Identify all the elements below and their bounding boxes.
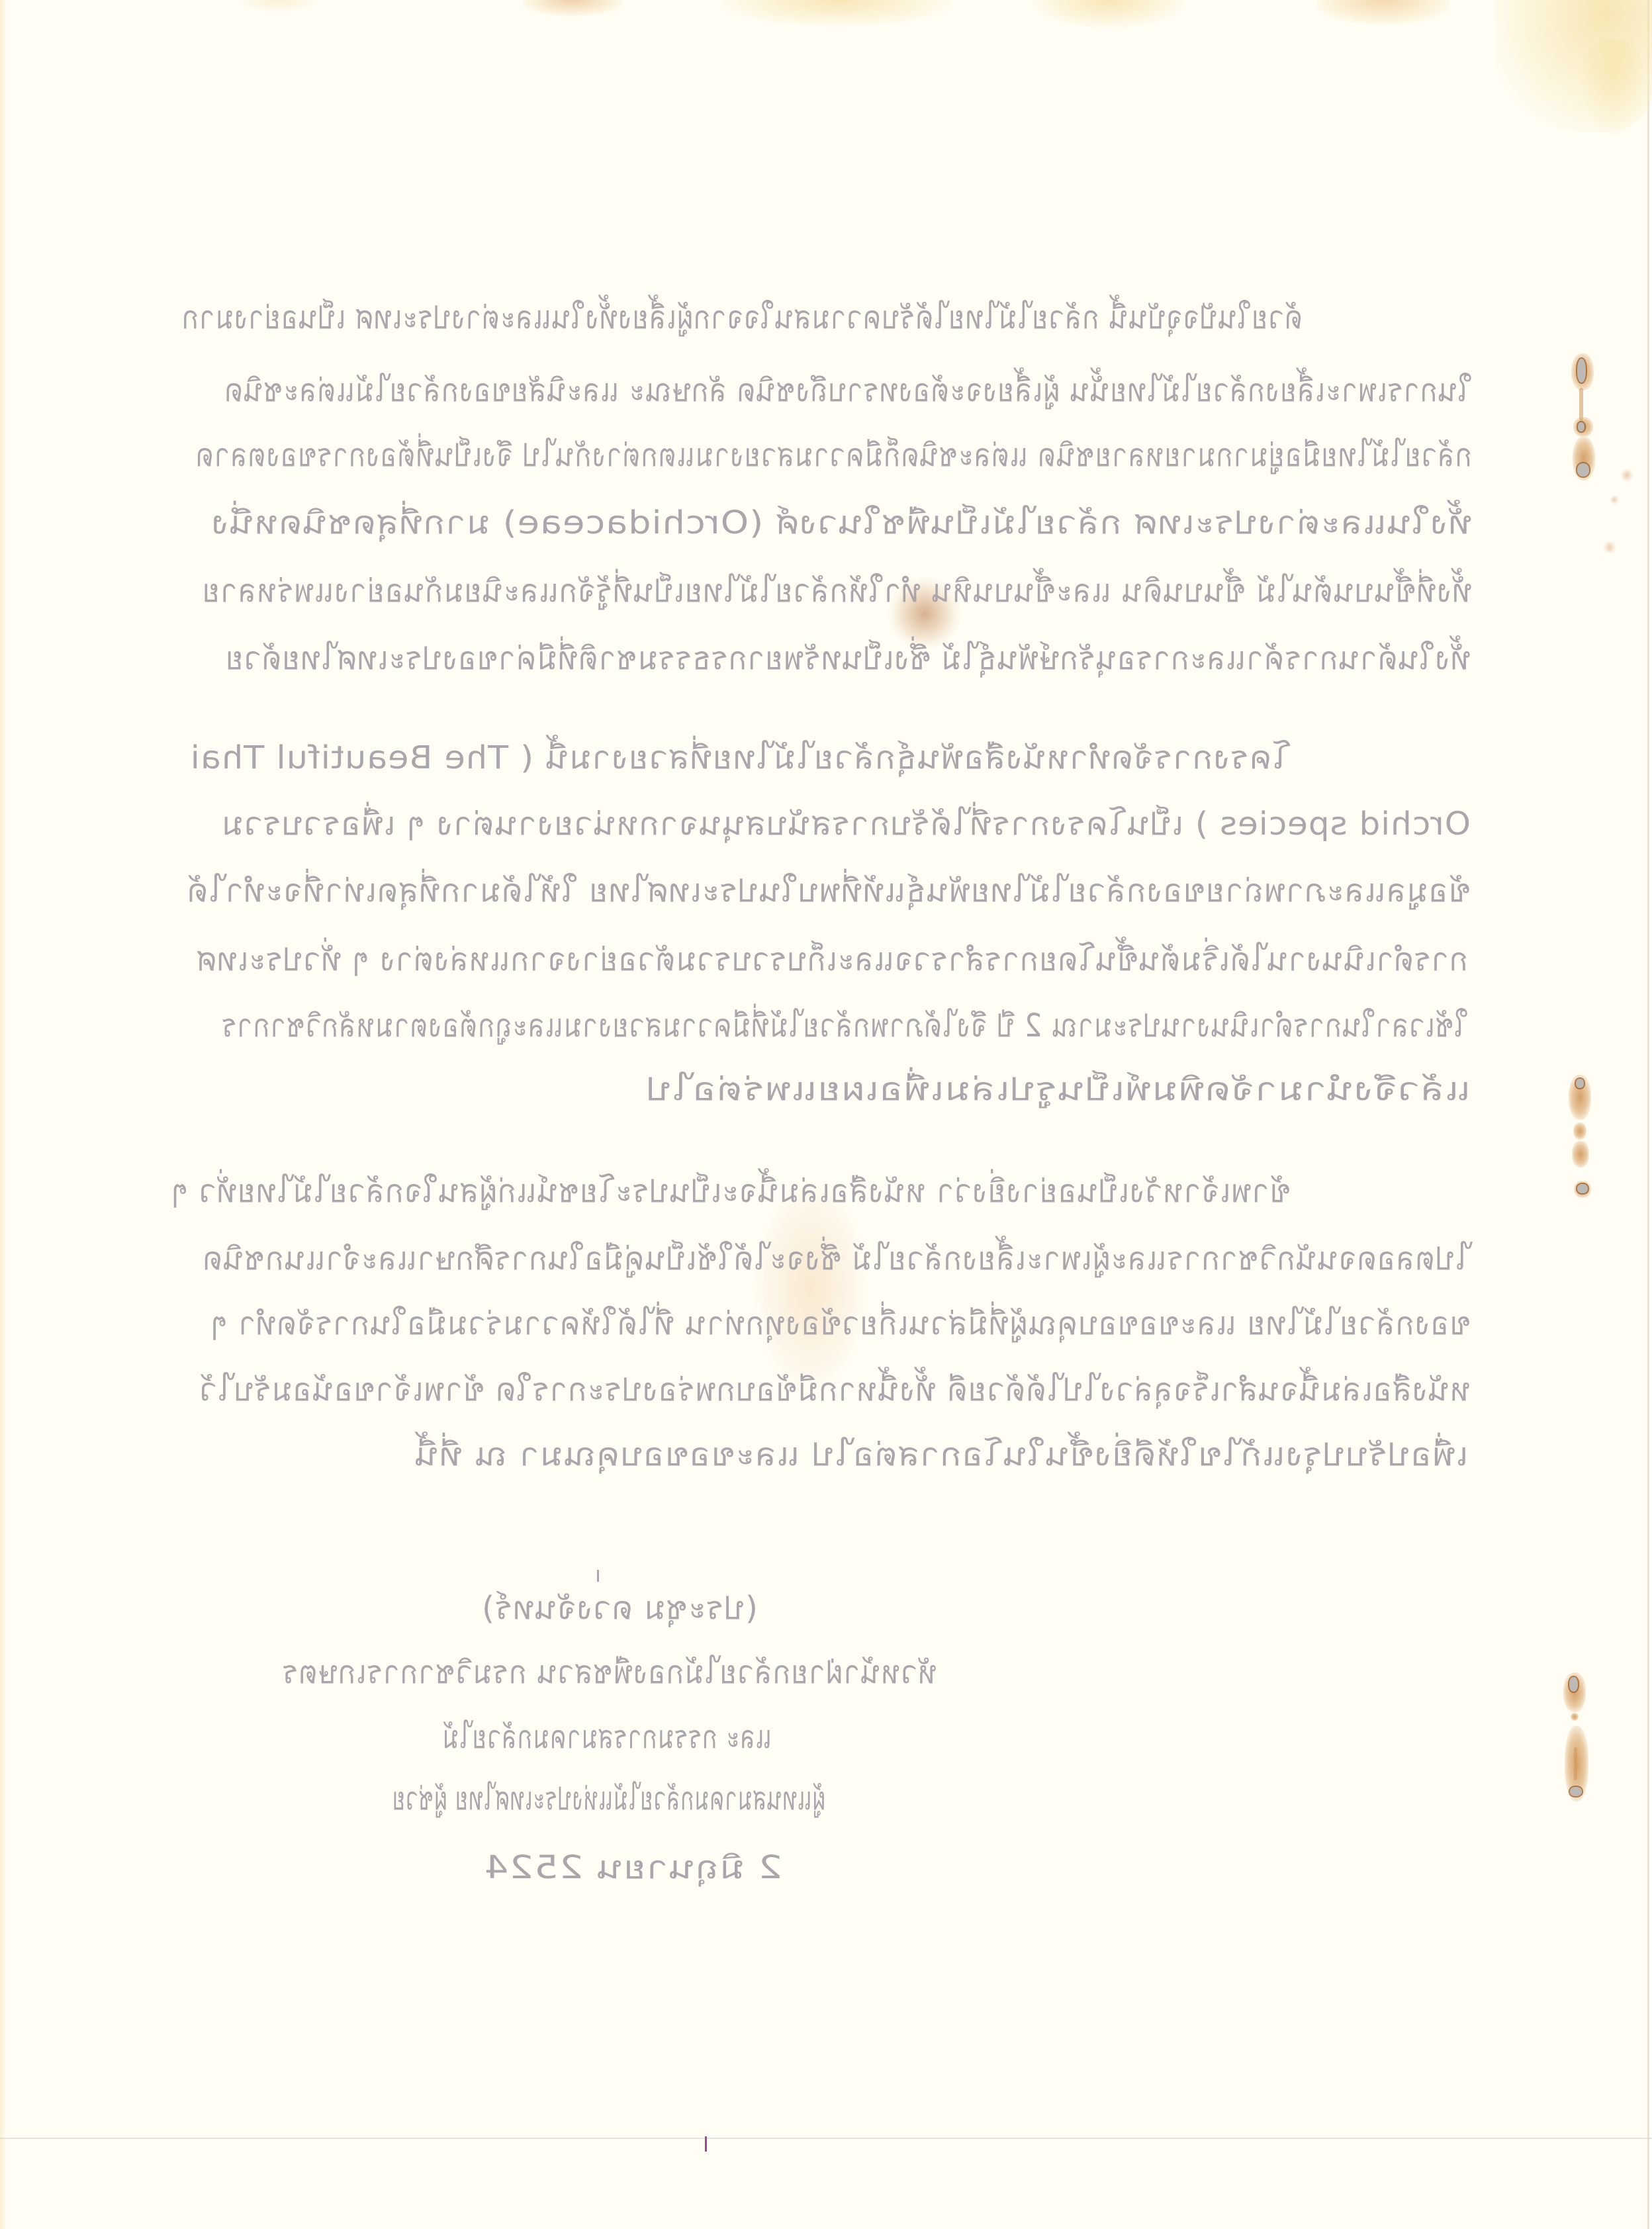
tone-mark: [597, 1570, 599, 1582]
text-line-content: (ประชุม ดวงจันทร์): [481, 1587, 758, 1629]
text-line-content: ข้อมูลและภาพถ่ายของกล้วยไม้ไทยพันธุ์แท้ท…: [187, 870, 1471, 912]
text-line-content: ผู้แทนสมาคมกล้วยไม้แห่งประเทศไทย ผู้ช่วย: [392, 1778, 825, 1820]
water-stain: [721, 0, 953, 26]
text-line: ทั้งที่ขึ้นบนต้นไม้ ขึ้นบนดิน และขึ้นบนห…: [202, 570, 1472, 612]
text-line: การดำเนินงานได้เริ่มต้นขึ้นโดยการสำรวจแล…: [196, 938, 1468, 981]
text-line-content: ด้วยในปัจจุบันนี้ กล้วยไม้ไทยได้รับความส…: [181, 296, 1303, 339]
signature-date: 2 มิถุนายน 2524: [483, 1846, 782, 1889]
edge-tick-mark: [705, 2136, 707, 2152]
faint-stain: [755, 1181, 867, 1393]
rust-stain: [1572, 1141, 1589, 1167]
signatory-title: หัวหน้าฝ่ายกล้วยไม้กองพืชสวน กรมวิชาการเ…: [282, 1651, 937, 1694]
scan-margin: [1649, 0, 1652, 2229]
text-line: ใช้เวลาในการดำเนินงานประมาณ 2 ปี จึงได้ภ…: [221, 1005, 1468, 1047]
text-line: Orchid species ) เป็นโครงการที่ได้รับการ…: [221, 803, 1471, 845]
text-line: ในการเพาะเลี้ยงกล้วยไม้ไทยนั้น ผู้เลี้ยง…: [224, 369, 1472, 412]
text-line: ทั้งในและต่างประเทศ กล้วยไม้เป็นพืชในวงศ…: [210, 502, 1472, 544]
text-line-content: การดำเนินงานได้เริ่มต้นขึ้นโดยการสำรวจแล…: [196, 938, 1468, 981]
binding-hole: [1578, 422, 1584, 432]
text-line-content: โครงการจัดทำหนังสือพันธุ์กล้วยไม้ไทยที่ส…: [190, 737, 1291, 779]
text-line: เพื่อปรับปรุงแก้ไขให้ดียิ่งขึ้นในโอกาสต่…: [414, 1433, 1468, 1476]
text-line-content: และ กรรมการสมาคมกล้วยไม้: [442, 1716, 772, 1758]
text-line-content: 2 มิถุนายน 2524: [483, 1846, 782, 1889]
text-line: กล้วยไม้ไทยมีอยู่มากมายหลายชนิด แต่ละชนิ…: [195, 434, 1472, 477]
water-stain: [238, 0, 318, 12]
text-line-content: ใช้เวลาในการดำเนินงานประมาณ 2 ปี จึงได้ภ…: [221, 1005, 1468, 1047]
text-line: ทั้งในด้านการค้าและการอนุรักษ์พันธุ์ไม้ …: [225, 637, 1471, 680]
text-line: ไปตลอดจนนักวิชาการและผู้เพาะเลี้ยงกล้วยไ…: [202, 1238, 1471, 1280]
text-line-content: เพื่อปรับปรุงแก้ไขให้ดียิ่งขึ้นในโอกาสต่…: [414, 1433, 1468, 1476]
text-line: หนังสือเล่มนี้จนสำเร็จลุล่วงไปได้ด้วยดี …: [199, 1369, 1471, 1411]
water-stain: [523, 0, 622, 16]
text-line-content: ในการเพาะเลี้ยงกล้วยไม้ไทยนั้น ผู้เลี้ยง…: [224, 369, 1472, 412]
water-stain: [1317, 0, 1449, 24]
binding-hole: [1577, 463, 1589, 477]
text-line-content: หัวหน้าฝ่ายกล้วยไม้กองพืชสวน กรมวิชาการเ…: [282, 1651, 937, 1694]
text-line-content: แล้วจึงนำมาจัดพิมพ์เป็นรูปเล่มเพื่อเผยแพ…: [646, 1068, 1471, 1111]
text-line-content: กล้วยไม้ไทยมีอยู่มากมายหลายชนิด แต่ละชนิ…: [195, 434, 1472, 477]
binding-hole: [1576, 1079, 1584, 1088]
rust-stain: [1574, 1747, 1577, 1780]
text-line: แล้วจึงนำมาจัดพิมพ์เป็นรูปเล่มเพื่อเผยแพ…: [646, 1068, 1471, 1111]
text-line: ข้าพเจ้าหวังเป็นอย่างยิ่งว่า หนังสือเล่ม…: [171, 1170, 1291, 1212]
binding-hole: [1577, 359, 1586, 383]
text-line-content: หนังสือเล่มนี้จนสำเร็จลุล่วงไปได้ด้วยดี …: [199, 1369, 1471, 1411]
text-line-content: ไปตลอดจนนักวิชาการและผู้เพาะเลี้ยงกล้วยไ…: [202, 1238, 1471, 1280]
text-line-content: ทั้งในด้านการค้าและการอนุรักษ์พันธุ์ไม้ …: [225, 637, 1471, 680]
paper-edge-left: [0, 0, 6, 2229]
signatory-title: และ กรรมการสมาคมกล้วยไม้: [442, 1716, 772, 1758]
text-line-content: ทั้งที่ขึ้นบนต้นไม้ ขึ้นบนดิน และขึ้นบนห…: [202, 570, 1472, 612]
stain-dot: [1620, 469, 1633, 482]
binding-hole: [1569, 1677, 1578, 1692]
text-line: ด้วยในปัจจุบันนี้ กล้วยไม้ไทยได้รับความส…: [181, 296, 1303, 339]
text-line-content: ข้าพเจ้าหวังเป็นอย่างยิ่งว่า หนังสือเล่ม…: [171, 1170, 1291, 1212]
text-line: ข้อมูลและภาพถ่ายของกล้วยไม้ไทยพันธุ์แท้ท…: [187, 870, 1471, 912]
scanned-page: ด้วยในปัจจุบันนี้ กล้วยไม้ไทยได้รับความส…: [0, 0, 1652, 2229]
text-line: ของกล้วยไม้ไทย และขอขอบคุณผู้ที่มีส่วนเก…: [210, 1302, 1471, 1345]
binding-hole: [1577, 1184, 1588, 1193]
scan-line: [0, 2138, 1652, 2139]
text-line-content: ทั้งในและต่างประเทศ กล้วยไม้เป็นพืชในวงศ…: [210, 502, 1472, 544]
rust-stain: [1579, 388, 1583, 421]
water-stain: [1582, 40, 1645, 132]
stain-dot: [1610, 495, 1619, 504]
rust-stain: [1573, 1122, 1586, 1140]
stain-dot: [1603, 541, 1616, 554]
text-line-content: ของกล้วยไม้ไทย และขอขอบคุณผู้ที่มีส่วนเก…: [210, 1302, 1471, 1345]
text-line: โครงการจัดทำหนังสือพันธุ์กล้วยไม้ไทยที่ส…: [190, 737, 1291, 779]
binding-hole: [1570, 1787, 1582, 1796]
signatory-title: ผู้แทนสมาคมกล้วยไม้แห่งประเทศไทย ผู้ช่วย: [392, 1778, 825, 1820]
signatory-name: (ประชุม ดวงจันทร์): [481, 1587, 758, 1629]
text-line-content: Orchid species ) เป็นโครงการที่ได้รับการ…: [221, 803, 1471, 845]
water-stain: [1032, 0, 1185, 28]
rust-stain: [1571, 1713, 1579, 1721]
